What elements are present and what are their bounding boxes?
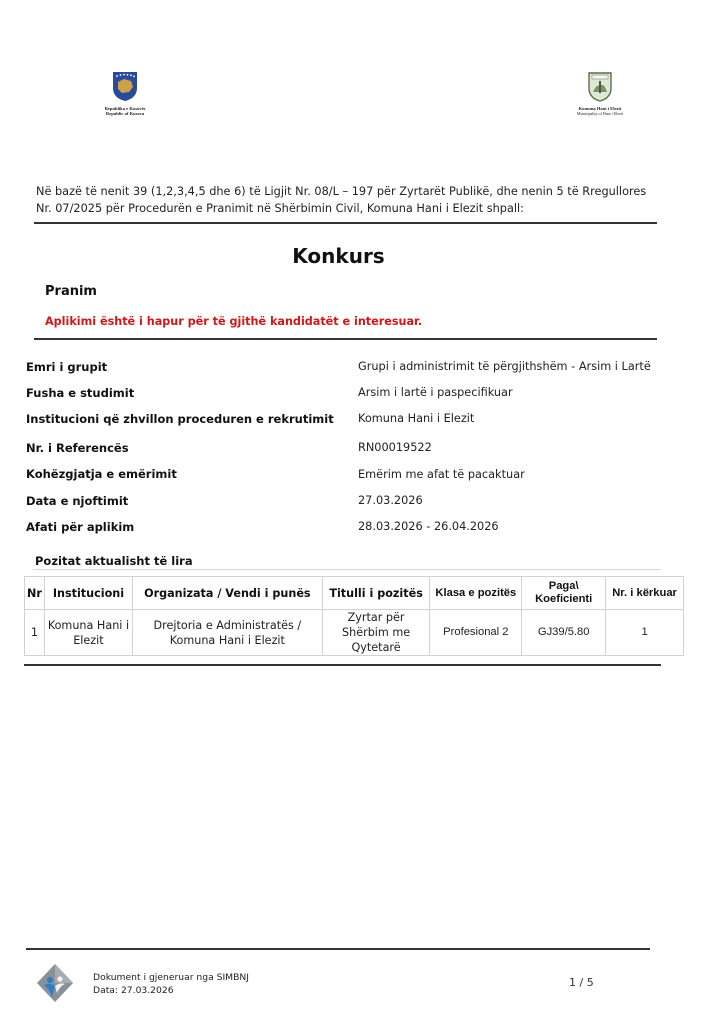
- info-value-announcement-date: 27.03.2026: [358, 494, 423, 507]
- cell-position-class: Profesional 2: [430, 610, 522, 656]
- divider: [24, 664, 661, 666]
- legal-basis-text: Në bazë të nenit 39 (1,2,3,4,5 dhe 6) të…: [36, 183, 656, 217]
- col-header-position-title: Titulli i pozitës: [322, 577, 430, 610]
- info-value-group-name: Grupi i administrimit të përgjithshëm - …: [358, 360, 651, 373]
- cell-organization: Drejtoria e Administratës / Komuna Hani …: [132, 610, 322, 656]
- info-label-field-of-study: Fusha e studimit: [26, 386, 134, 400]
- info-label-institution: Institucioni që zhvillon proceduren e re…: [26, 412, 334, 426]
- footer-date: Data: 27.03.2026: [93, 984, 249, 997]
- divider: [34, 338, 657, 340]
- cell-organization-text: Drejtoria e Administratës / Komuna Hani …: [147, 618, 307, 648]
- col-header-salary-text: Paga\ Koeficienti: [532, 580, 596, 606]
- info-value-application-deadline: 28.03.2026 - 26.04.2026: [358, 520, 499, 533]
- left-logo-caption-2: Republic of Kosova: [100, 111, 150, 116]
- simbnj-logo-icon: [36, 963, 74, 1003]
- positions-table: Nr Institucioni Organizata / Vendi i pun…: [24, 576, 684, 656]
- col-header-nr: Nr: [25, 577, 45, 610]
- cell-nr: 1: [25, 610, 45, 656]
- page-title: Konkurs: [0, 244, 677, 268]
- info-value-field-of-study: Arsim i lartë i paspecifikuar: [358, 386, 513, 399]
- kosovo-logo: Republika e Kosovës Republic of Kosova: [100, 70, 150, 120]
- page-number: 1 / 5: [569, 976, 594, 989]
- info-label-group-name: Emri i grupit: [26, 360, 107, 374]
- positions-heading: Pozitat aktualisht të lira: [35, 554, 193, 568]
- info-label-application-deadline: Afati për aplikim: [26, 520, 134, 534]
- cell-required-count: 1: [606, 610, 684, 656]
- col-header-institution: Institucioni: [44, 577, 132, 610]
- divider: [33, 569, 661, 570]
- right-logo-caption-2: Municipality of Hani i Elezit: [572, 111, 628, 116]
- col-header-required-count: Nr. i kërkuar: [606, 577, 684, 610]
- divider: [34, 222, 657, 224]
- col-header-position-class: Klasa e pozitës: [430, 577, 522, 610]
- application-notice: Aplikimi është i hapur për të gjithë kan…: [45, 315, 422, 328]
- footer-divider: [26, 948, 650, 950]
- col-header-organization: Organizata / Vendi i punës: [132, 577, 322, 610]
- cell-institution: Komuna Hani i Elezit: [44, 610, 132, 656]
- table-header-row: Nr Institucioni Organizata / Vendi i pun…: [25, 577, 684, 610]
- footer-text: Dokument i gjeneruar nga SIMBNJ Data: 27…: [93, 971, 249, 997]
- info-label-reference-number: Nr. i Referencës: [26, 441, 129, 455]
- info-value-institution: Komuna Hani i Elezit: [358, 412, 474, 425]
- kosovo-coat-of-arms-icon: [110, 70, 140, 102]
- info-label-announcement-date: Data e njoftimit: [26, 494, 128, 508]
- simbnj-logo: [36, 963, 74, 1003]
- info-value-appointment-duration: Emërim me afat të pacaktuar: [358, 468, 525, 481]
- col-header-salary: Paga\ Koeficienti: [522, 577, 606, 610]
- municipality-logo: Komuna Hani i Elezit Municipality of Han…: [572, 70, 628, 120]
- table-row: 1 Komuna Hani i Elezit Drejtoria e Admin…: [25, 610, 684, 656]
- municipality-hani-i-elezit-emblem-icon: [587, 70, 613, 102]
- footer-generated-by: Dokument i gjeneruar nga SIMBNJ: [93, 971, 249, 984]
- info-label-appointment-duration: Kohëzgjatja e emërimit: [26, 467, 177, 481]
- cell-salary: GJ39/5.80: [522, 610, 606, 656]
- cell-position-title: Zyrtar për Shërbim me Qytetarë: [322, 610, 430, 656]
- page-subtitle: Pranim: [45, 284, 97, 299]
- info-value-reference-number: RN00019522: [358, 441, 432, 454]
